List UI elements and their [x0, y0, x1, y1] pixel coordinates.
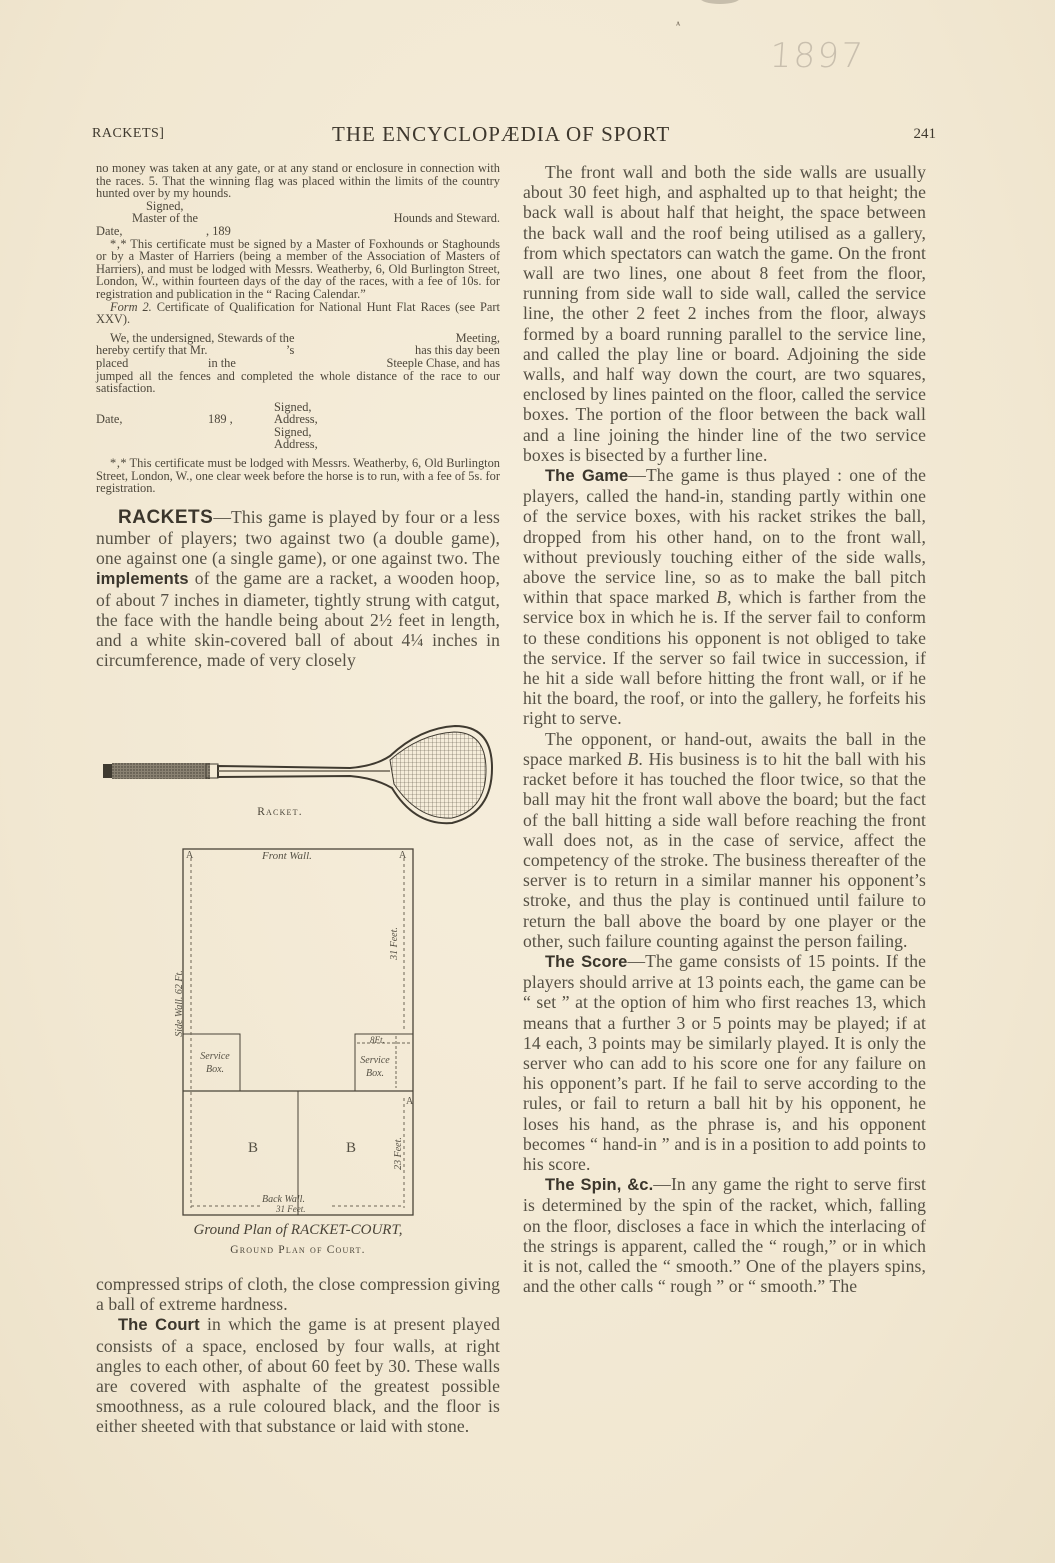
right-column: The front wall and both the side walls a…: [523, 162, 926, 1296]
ink-smudge: [700, 0, 740, 4]
walls-paragraph: The front wall and both the side walls a…: [523, 162, 926, 465]
box-width-label: 8Ft.: [370, 1035, 385, 1045]
rackets-heading: RACKETS: [118, 507, 213, 528]
form2-line4: jumped all the fences and completed the …: [96, 370, 500, 395]
form1-text: no money was taken at any gate, or at an…: [96, 162, 500, 200]
form2-line3-mid: in the: [208, 357, 236, 370]
service-box-left-label: Service Box.: [194, 1050, 236, 1076]
space-b-ref-2: B: [628, 749, 639, 769]
game-text-b: , which is farther from the service box …: [523, 587, 926, 728]
corner-a-back: A: [406, 1096, 413, 1107]
court-diagram-lines: [182, 848, 414, 1216]
pencil-mark: ᴬ: [676, 20, 680, 31]
spin-heading: The Spin, &c.: [545, 1176, 653, 1194]
form1-date: Date,: [96, 225, 123, 238]
ball-text-continued: compressed strips of cloth, the close co…: [96, 1274, 500, 1314]
form2-title: Certificate of Qualification for Nationa…: [96, 300, 500, 327]
form2-line2-mid: ’s: [286, 344, 294, 357]
area-b-left: B: [248, 1140, 258, 1157]
back-wall-dimension: 31 Feet.: [276, 1204, 306, 1214]
form2-address-2: Address,: [274, 438, 318, 451]
court-heading: The Court: [118, 1316, 200, 1334]
form2-address: Address,: [274, 413, 318, 426]
pencil-year-note: 1897: [769, 36, 866, 76]
form2-line3-end: Steeple Chase, and has: [386, 357, 500, 370]
form2-note: *‚* This certificate must be lodged with…: [96, 457, 500, 495]
form2-year: 189 ,: [208, 413, 233, 426]
form2-date: Date,: [96, 413, 123, 426]
area-b-right: B: [346, 1140, 356, 1157]
page-number: 241: [914, 126, 937, 143]
court-ground-plan: A A Front Wall. Side Wall. 62 Ft. 31 Fee…: [182, 848, 414, 1216]
racket-caption: Racket.: [220, 806, 340, 818]
section-label: RACKETS]: [92, 126, 164, 142]
side-dimension-label: 31 Feet.: [389, 927, 400, 960]
space-b-ref: B: [716, 587, 727, 607]
service-box-right-label: Service Box.: [358, 1054, 392, 1080]
racket-illustration: Racket.: [100, 718, 500, 830]
implements-heading: implements: [96, 570, 189, 588]
book-title: THE ENCYCLOPÆDIA OF SPORT: [332, 122, 670, 147]
corner-a-left: A: [186, 850, 193, 861]
form2-line3: placed: [96, 357, 128, 370]
left-column-continued: compressed strips of cloth, the close co…: [96, 1274, 500, 1437]
corner-a-right: A: [399, 850, 406, 861]
form1-note: *‚* This certificate must be signed by a…: [96, 238, 500, 301]
front-wall-label: Front Wall.: [262, 850, 312, 862]
game-text-a: —The game is thus played : one of the pl…: [523, 465, 926, 607]
side-wall-label: Side Wall. 62 Ft.: [174, 970, 185, 1037]
court-handwritten-caption: Ground Plan of RACKET-COURT,: [182, 1222, 414, 1239]
court-caption: Ground Plan of Court.: [182, 1244, 414, 1256]
handout-text-b: . His business is to hit the ball with h…: [523, 749, 926, 951]
game-heading: The Game: [545, 467, 628, 485]
book-page: ᴬ 1897 RACKETS] THE ENCYCLOPÆDIA OF SPOR…: [0, 0, 1055, 1563]
score-heading: The Score: [545, 953, 627, 971]
form1-block: no money was taken at any gate, or at an…: [96, 162, 500, 495]
form1-year: , 189: [206, 225, 231, 238]
rackets-intro: RACKETS—This game is played by four or a…: [96, 507, 500, 671]
form1-master: Master of the: [132, 212, 198, 225]
score-text: —The game consists of 15 points. If the …: [523, 951, 926, 1174]
running-header: RACKETS] THE ENCYCLOPÆDIA OF SPORT 241: [92, 122, 942, 148]
left-column: no money was taken at any gate, or at an…: [96, 162, 500, 670]
back-section-dimension: 23 Feet.: [393, 1137, 404, 1170]
form1-hounds: Hounds and Steward.: [394, 212, 500, 225]
